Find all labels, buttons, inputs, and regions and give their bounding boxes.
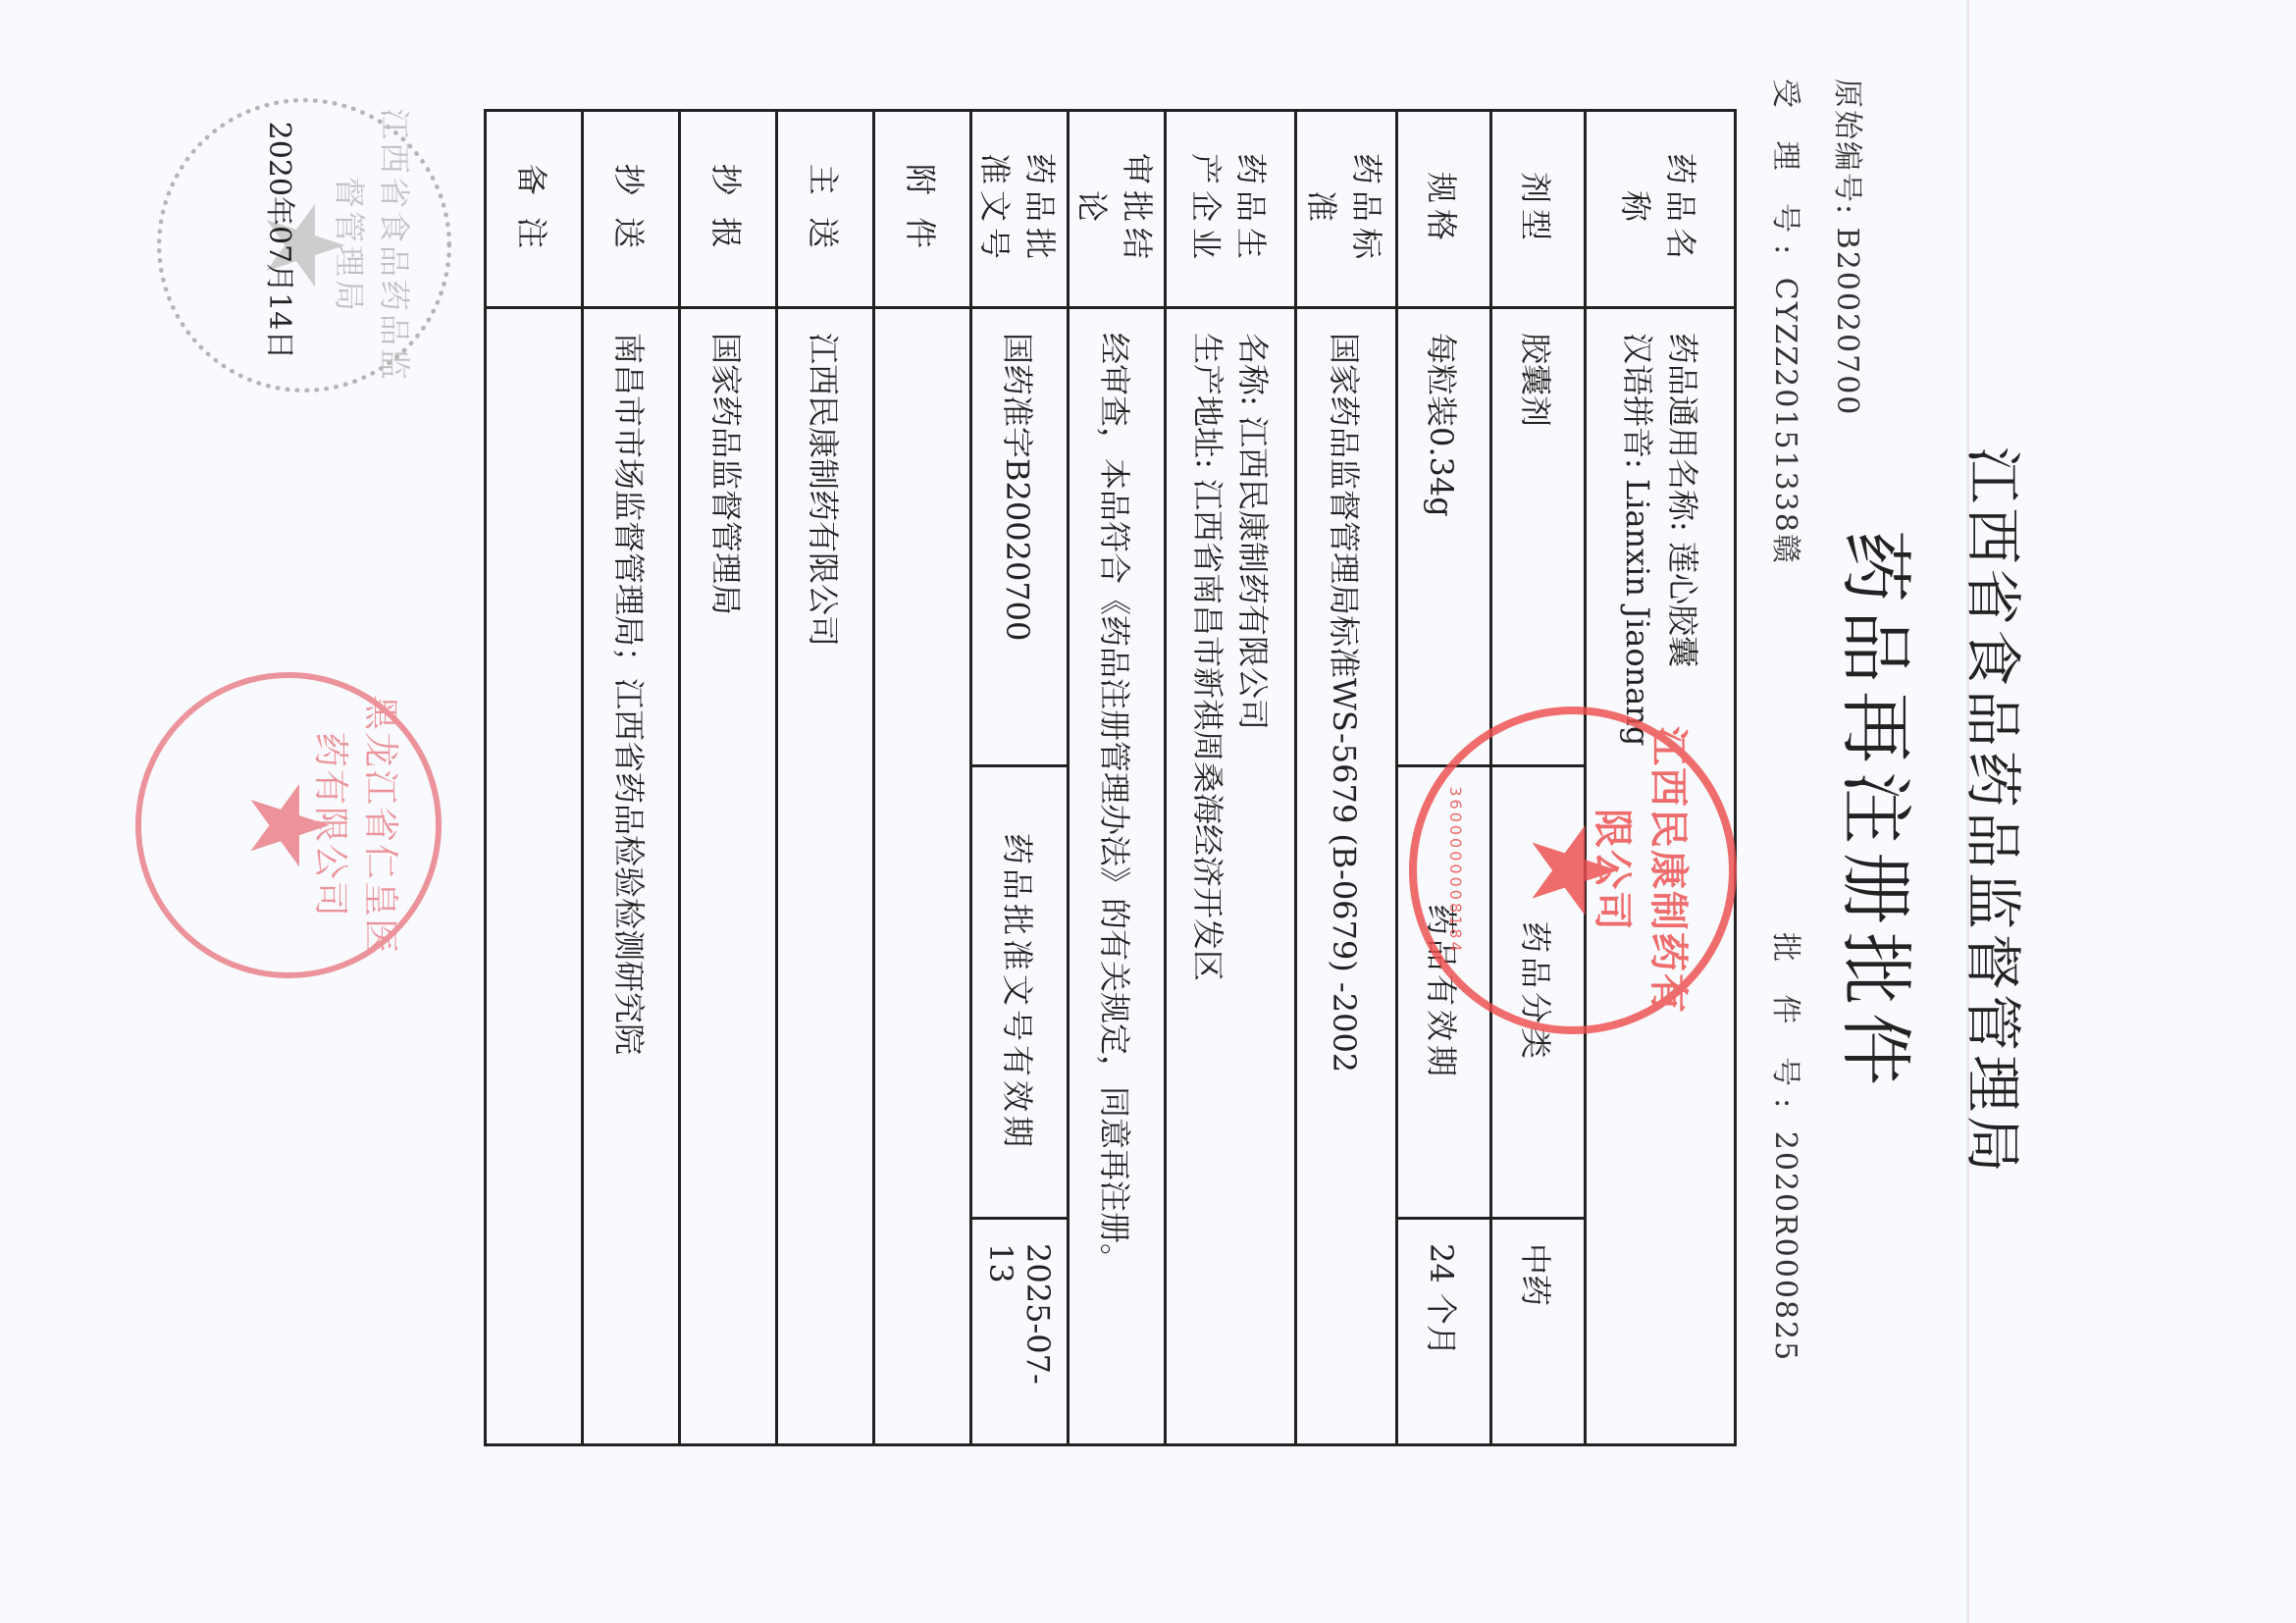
- row-standard: 药品标准 国家药品监督管理局标准WS-5679 (B-0679) -2002: [1296, 111, 1397, 1445]
- acceptance-number-label: 受 理 号:: [1768, 79, 1802, 266]
- drug-name-label: 药品名称: [1586, 111, 1736, 308]
- company-seal-stamp: 江西民康制药有限公司 ★ 3600000008184: [1409, 707, 1737, 1034]
- row-manufacturer: 药品生产企业 名称: 江西民康制药有限公司 生产地址: 江西省南昌市新祺周桑海经…: [1166, 111, 1296, 1445]
- standard-value: 国家药品监督管理局标准WS-5679 (B-0679) -2002: [1296, 308, 1397, 1445]
- partner-seal-text: 黑龙江省仁皇医药有限公司: [308, 678, 408, 972]
- main-recipient-value: 江西民康制药有限公司: [777, 308, 874, 1445]
- manufacturer-name: 名称: 江西民康制药有限公司: [1230, 333, 1276, 1420]
- approval-expiry-label: 药品批准文号有效期: [971, 766, 1069, 1219]
- company-seal-code: 3600000008184: [1446, 714, 1465, 1026]
- original-number-label: 原始编号:: [1830, 79, 1864, 216]
- approval-document-number-label: 批 件 号:: [1768, 932, 1802, 1120]
- row-copy-to: 抄 送 南昌市市场监督管理局；江西省药品检验检测研究院: [583, 111, 680, 1445]
- row-report-to: 抄 报 国家药品监督管理局: [680, 111, 777, 1445]
- original-number: 原始编号: B20020700: [1829, 79, 1872, 416]
- attachment-value: [874, 308, 971, 1445]
- dosage-form-value: 胶囊剂: [1491, 308, 1586, 766]
- issue-date: 2020年07月14日: [261, 79, 304, 402]
- certificate-page: 江西省食品药品监督管理局 药品再注册批件 原始编号: B20020700 受 理…: [0, 0, 2296, 1623]
- company-seal-text: 江西民康制药有限公司: [1588, 714, 1699, 1026]
- shelf-life-value: 24 个月: [1397, 1219, 1491, 1445]
- specification-label: 规格: [1397, 111, 1491, 308]
- manufacturer-label: 药品生产企业: [1166, 111, 1296, 308]
- row-main-recipient: 主 送 江西民康制药有限公司: [777, 111, 874, 1445]
- conclusion-value: 经审查，本品符合《药品注册管理办法》的有关规定，同意再注册。: [1069, 308, 1166, 1445]
- drug-category-value: 中药: [1491, 1219, 1586, 1445]
- conclusion-label: 审批结论: [1069, 111, 1166, 308]
- approval-document-number: 批 件 号: 2020R000825: [1767, 932, 1810, 1362]
- row-attachment: 附 件: [874, 111, 971, 1445]
- copy-to-label: 抄 送: [583, 111, 680, 308]
- partner-seal-stamp: 黑龙江省仁皇医药有限公司 ★: [135, 672, 442, 978]
- report-to-label: 抄 报: [680, 111, 777, 308]
- row-approval-number: 药品批准文号 国药准字B20020700 药品批准文号有效期 2025-07-1…: [971, 111, 1069, 1445]
- acceptance-number-value: CYZZ20151338赣: [1768, 278, 1802, 565]
- standard-label: 药品标准: [1296, 111, 1397, 308]
- copy-to-value: 南昌市市场监督管理局；江西省药品检验检测研究院: [583, 308, 680, 1445]
- issuing-agency: 江西省食品药品监督管理局: [1957, 0, 2039, 1623]
- manufacturer-value: 名称: 江西民康制药有限公司 生产地址: 江西省南昌市新祺周桑海经济开发区: [1166, 308, 1296, 1445]
- dosage-form-label: 剂型: [1491, 111, 1586, 308]
- original-number-value: B20020700: [1830, 228, 1864, 417]
- approval-document-number-value: 2020R000825: [1768, 1131, 1802, 1362]
- row-remarks: 备 注: [486, 111, 583, 1445]
- official-seal-text: 江西省食品药品监督管理局: [329, 103, 419, 388]
- approval-number-value: 国药准字B20020700: [971, 308, 1069, 766]
- main-recipient-label: 主 送: [777, 111, 874, 308]
- attachment-label: 附 件: [874, 111, 971, 308]
- manufacturer-address: 生产地址: 江西省南昌市新祺周桑海经济开发区: [1185, 333, 1230, 1420]
- approval-number-label: 药品批准文号: [971, 111, 1069, 308]
- acceptance-number: 受 理 号: CYZZ20151338赣: [1767, 79, 1810, 565]
- report-to-value: 国家药品监督管理局: [680, 308, 777, 1445]
- official-seal-stamp: 江西省食品药品监督管理局 ★: [157, 98, 451, 393]
- approval-expiry-value: 2025-07-13: [971, 1219, 1069, 1445]
- row-conclusion: 审批结论 经审查，本品符合《药品注册管理办法》的有关规定，同意再注册。: [1069, 111, 1166, 1445]
- specification-value: 每粒装0.34g: [1397, 308, 1491, 766]
- remarks-value: [486, 308, 583, 1445]
- remarks-label: 备 注: [486, 111, 583, 308]
